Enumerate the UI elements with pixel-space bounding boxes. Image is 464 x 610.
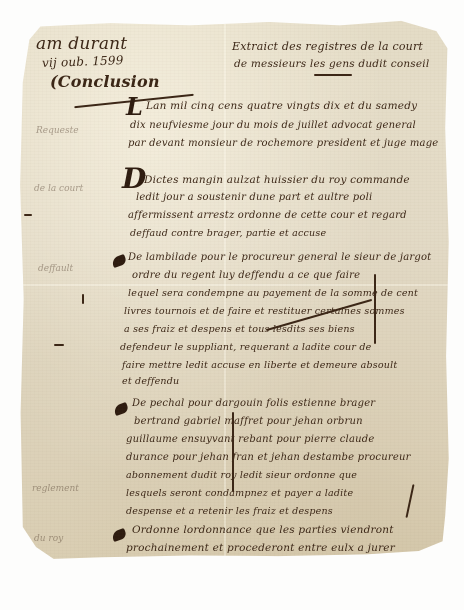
paragraph-line: lesquels seront condampnez et payer a la… [126,488,353,499]
paragraph-line: De lambilade pour le procureur general l… [128,252,431,263]
paragraph-line: et deffendu [122,376,179,387]
ink-flourish [405,484,414,518]
paragraph-line: faire mettre ledit accuse en liberte et … [122,360,397,371]
paragraph-line: De pechal pour dargouin folis estienne b… [132,398,375,409]
paragraph-line: defendeur le suppliant, requerant a ladi… [120,342,371,353]
fold-crease-horizontal [14,284,454,286]
ink-flourish [374,274,376,344]
margin-note: de la court [34,184,83,194]
document-photo: am durant vij oub. 1599 (Conclusion Extr… [0,0,464,610]
margin-dash [54,344,64,346]
paragraph-initial: D [122,162,146,195]
document-heading: Extraict des registres de la court [232,40,423,53]
docket-line: vij oub. 1599 [42,53,124,70]
document-heading: de messieurs les gens dudit conseil [234,58,429,70]
manuscript-leaf: am durant vij oub. 1599 (Conclusion Extr… [14,14,454,584]
paragraph-line: deffaud contre brager, partie et accuse [130,228,326,239]
paragraph-line: Lan mil cinq cens quatre vingts dix et d… [146,100,417,112]
manicule-pointer [111,254,128,268]
docket-line: (Conclusion [50,72,160,91]
ink-flourish [232,412,234,492]
paragraph-line: affermissent arrestz ordonne de cette co… [128,210,407,221]
margin-note: deffault [38,264,73,274]
manicule-pointer [111,528,128,542]
paragraph-line: durance pour jehan fran et jehan destamb… [126,452,411,463]
paragraph-line: ledit jour a soustenir dune part et ault… [136,192,372,203]
paragraph-line: despense et a retenir les fraiz et despe… [126,506,333,517]
paragraph-line: livres tournois et de faire et restituer… [124,306,405,317]
paragraph-line: par devant monsieur de rochemore preside… [128,138,438,149]
paragraph-line: guillaume ensuyvant rebant pour pierre c… [126,434,374,445]
margin-note: du roy [34,534,63,544]
margin-dash [24,214,32,216]
margin-note: reglement [32,484,79,494]
docket-line: am durant [36,34,127,54]
manicule-pointer [113,402,130,416]
paragraph-line: ordre du regent luy deffendu a ce que fa… [132,270,360,281]
paragraph-line: bertrand gabriel maffret pour jehan orbr… [134,416,363,427]
paragraph-initial: L [126,92,143,121]
margin-note: Requeste [36,126,79,136]
paragraph-line: dix neufviesme jour du mois de juillet a… [130,120,416,131]
paragraph-line: Ordonne lordonnance que les parties vien… [132,524,394,536]
paragraph-line: abonnement dudit roy ledit sieur ordonne… [126,470,357,481]
paragraph-line: a ses fraiz et despens et tous lesdits s… [124,324,355,335]
heading-underline [314,74,352,76]
paragraph-line: Dictes mangin aulzat huissier du roy com… [144,174,410,186]
paragraph-line: prochainement et procederont entre eulx … [126,542,395,554]
margin-dash [82,294,84,304]
